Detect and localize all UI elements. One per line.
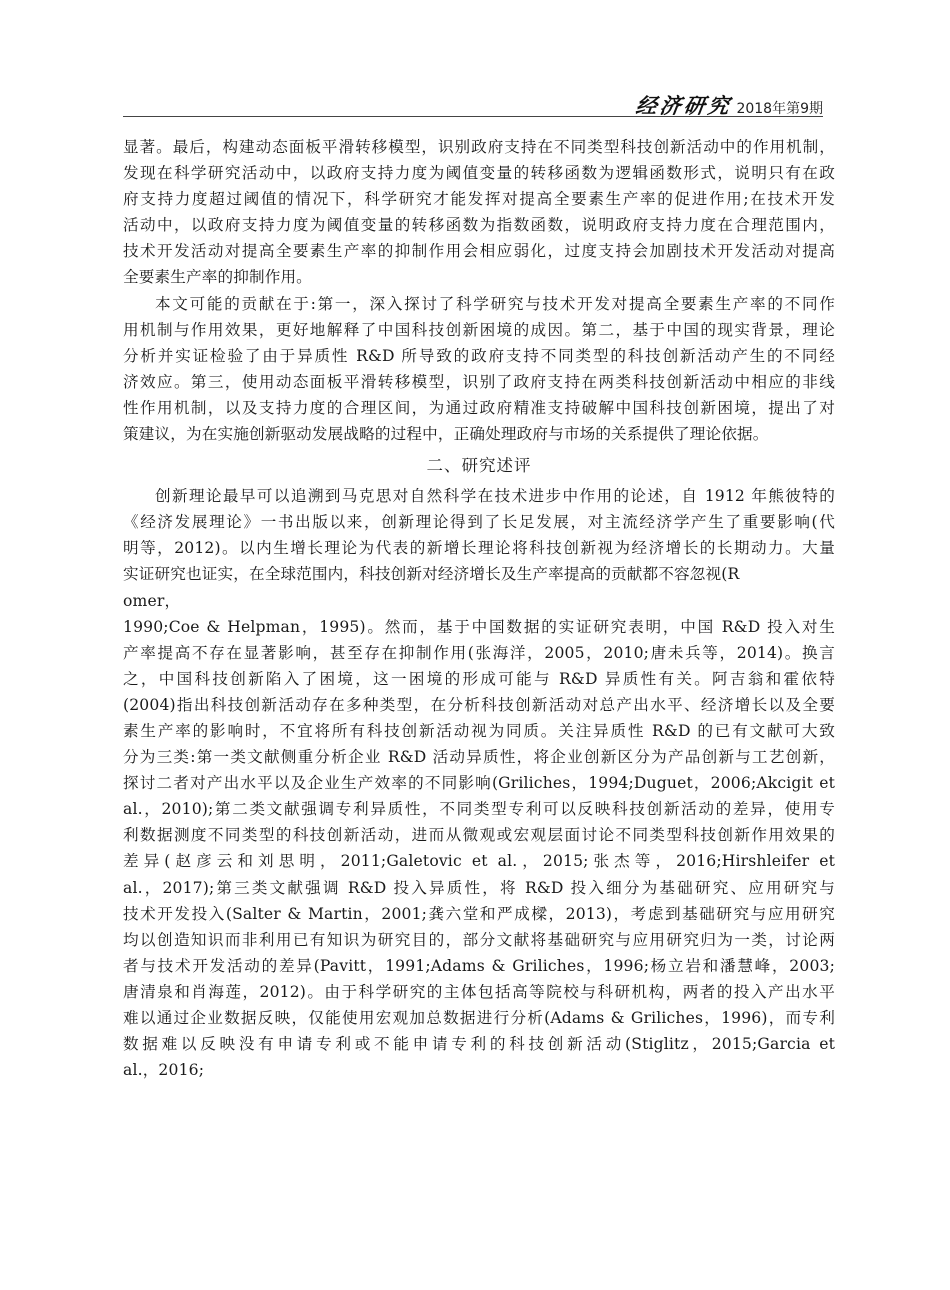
text-line: 1990;Coe & Helpman，1995)。然而，基于中国数据的实证研究表… (123, 614, 835, 640)
text-line: omer， (123, 588, 835, 614)
text-line: 数据难以反映没有申请专利或不能申请专利的科技创新活动(Stiglitz，2015… (123, 1031, 835, 1057)
text-line: 差异(赵彦云和刘思明，2011;Galetovic et al.，2015;张杰… (123, 848, 835, 874)
section-heading: 二、研究述评 (123, 447, 835, 483)
text-line: 明等，2012)。以内生增长理论为代表的新增长理论将科技创新视为经济增长的长期动… (123, 535, 835, 561)
journal-masthead: 经济研究 2018年第9期 (636, 90, 823, 120)
journal-name: 经济研究 (634, 90, 734, 120)
text-line: al.，2010);第二类文献强调专利异质性，不同类型专利可以反映科技创新活动的… (123, 796, 835, 822)
text-line: 显著。最后，构建动态面板平滑转移模型，识别政府支持在不同类型科技创新活动中的作用… (123, 134, 835, 160)
text-line: 分析并实证检验了由于异质性 R&D 所导致的政府支持不同类型的科技创新活动产生的… (123, 343, 835, 369)
text-line: 创新理论最早可以追溯到马克思对自然科学在技术进步中作用的论述，自 1912 年熊… (123, 483, 835, 509)
text-line: 活动中，以政府支持力度为阈值变量的转移函数为指数函数，说明政府支持力度在合理范围… (123, 212, 835, 238)
text-line: 难以通过企业数据反映，仅能使用宏观加总数据进行分析(Adams & Grilic… (123, 1005, 835, 1031)
text-line: 探讨二者对产出水平以及企业生产效率的不同影响(Griliches，1994;Du… (123, 770, 835, 796)
text-line: al.，2016; (123, 1057, 835, 1083)
text-line: 唐清泉和肖海莲，2012)。由于科学研究的主体包括高等院校与科研机构，两者的投入… (123, 979, 835, 1005)
paragraph-1: 显著。最后，构建动态面板平滑转移模型，识别政府支持在不同类型科技创新活动中的作用… (123, 134, 835, 291)
text-line: 《经济发展理论》一书出版以来，创新理论得到了长足发展，对主流经济学产生了重要影响… (123, 509, 835, 535)
paragraph-3: 创新理论最早可以追溯到马克思对自然科学在技术进步中作用的论述，自 1912 年熊… (123, 483, 835, 1083)
text-line: 分为三类:第一类文献侧重分析企业 R&D 活动异质性，将企业创新区分为产品创新与… (123, 744, 835, 770)
text-line: 技术开发活动对提高全要素生产率的抑制作用会相应弱化，过度支持会加剧技术开发活动对… (123, 238, 835, 264)
text-line: 本文可能的贡献在于:第一，深入探讨了科学研究与技术开发对提高全要素生产率的不同作 (123, 291, 835, 317)
article-body: 显著。最后，构建动态面板平滑转移模型，识别政府支持在不同类型科技创新活动中的作用… (123, 134, 835, 1083)
text-line: al.，2017);第三类文献强调 R&D 投入异质性，将 R&D 投入细分为基… (123, 875, 835, 901)
paragraph-2: 本文可能的贡献在于:第一，深入探讨了科学研究与技术开发对提高全要素生产率的不同作… (123, 291, 835, 448)
journal-issue: 2018年第9期 (736, 98, 823, 118)
text-line: 用机制与作用效果，更好地解释了中国科技创新困境的成因。第二，基于中国的现实背景，… (123, 317, 835, 343)
text-line: 均以创造知识而非利用已有知识为研究目的，部分文献将基础研究与应用研究归为一类，讨… (123, 927, 835, 953)
text-line: 策建议，为在实施创新驱动发展战略的过程中，正确处理政府与市场的关系提供了理论依据… (123, 421, 835, 447)
text-line: 产率提高不存在显著影响，甚至存在抑制作用(张海洋，2005，2010;唐未兵等，… (123, 640, 835, 666)
text-line: (2004)指出科技创新活动存在多种类型，在分析科技创新活动对总产出水平、经济增… (123, 692, 835, 718)
text-line: 性作用机制，以及支持力度的合理区间，为通过政府精准支持破解中国科技创新困境，提出… (123, 395, 835, 421)
text-line: 之，中国科技创新陷入了困境，这一困境的形成可能与 R&D 异质性有关。阿吉翁和霍… (123, 666, 835, 692)
text-line: 府支持力度超过阈值的情况下，科学研究才能发挥对提高全要素生产率的促进作用;在技术… (123, 186, 835, 212)
text-line: 者与技术开发活动的差异(Pavitt，1991;Adams & Griliche… (123, 953, 835, 979)
text-line: 济效应。第三，使用动态面板平滑转移模型，识别了政府支持在两类科技创新活动中相应的… (123, 369, 835, 395)
text-line: 素生产率的影响时，不宜将所有科技创新活动视为同质。关注异质性 R&D 的已有文献… (123, 718, 835, 744)
text-line: 利数据测度不同类型的科技创新活动，进而从微观或宏观层面讨论不同类型科技创新作用效… (123, 822, 835, 848)
text-line: 发现在科学研究活动中，以政府支持力度为阈值变量的转移函数为逻辑函数形式，说明只有… (123, 160, 835, 186)
text-line: 全要素生产率的抑制作用。 (123, 264, 835, 290)
text-line: 实证研究也证实，在全球范围内，科技创新对经济增长及生产率提高的贡献都不容忽视(R (123, 561, 835, 587)
page-header: 经济研究 2018年第9期 (123, 88, 823, 117)
text-line: 技术开发投入(Salter & Martin，2001;龚六堂和严成樑，2013… (123, 901, 835, 927)
